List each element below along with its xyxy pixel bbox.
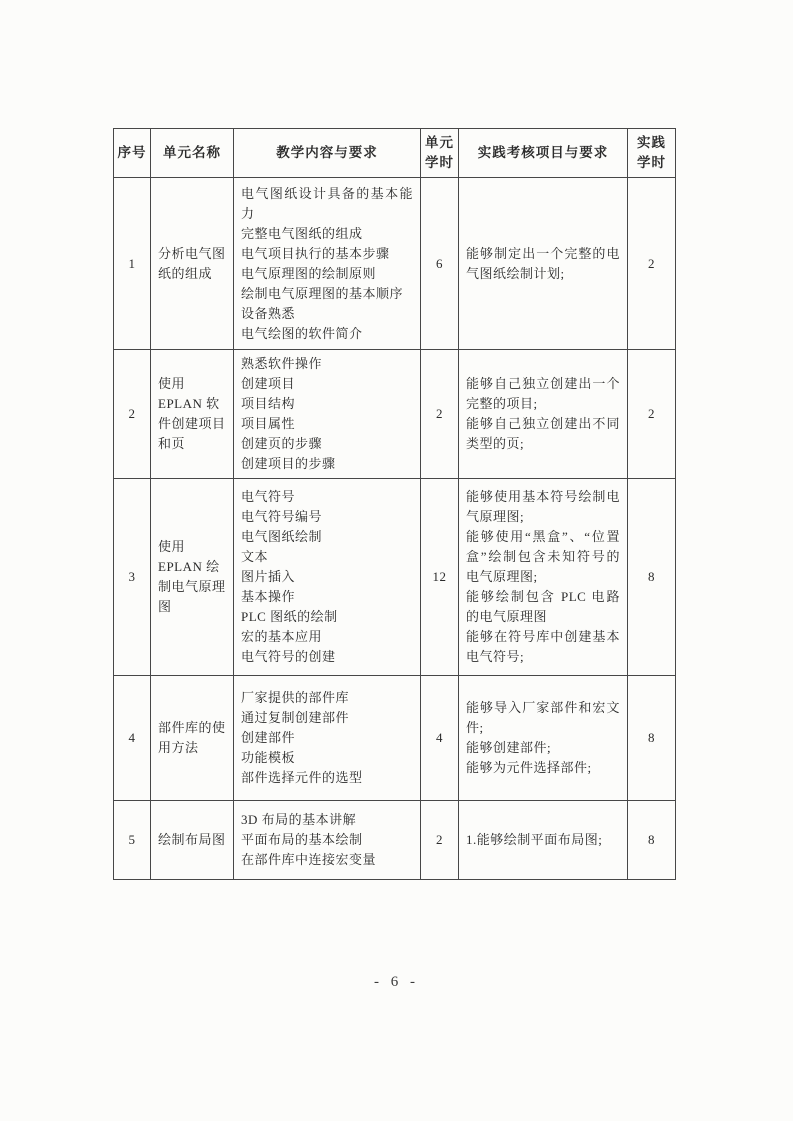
cell-serial-number: 4 bbox=[114, 676, 151, 801]
table-row-5: 5 绘制布局图 3D 布局的基本讲解 平面布局的基本绘制 在部件库中连接宏变量 … bbox=[114, 801, 676, 880]
header-unit-name: 单元名称 bbox=[151, 129, 234, 178]
table-header-row: 序号 单元名称 教学内容与要求 单元学时 实践考核项目与要求 实践学时 bbox=[114, 129, 676, 178]
cell-practice-hours: 8 bbox=[628, 479, 676, 676]
table-row-3: 3 使用 EPLAN 绘制电气原理图 电气符号 电气符号编号 电气图纸绘制 文本… bbox=[114, 479, 676, 676]
cell-unit-hours: 12 bbox=[421, 479, 459, 676]
cell-assessment: 能够自己独立创建出一个完整的项目; 能够自己独立创建出不同类型的页; bbox=[459, 350, 628, 479]
cell-unit-name: 部件库的使用方法 bbox=[151, 676, 234, 801]
cell-practice-hours: 8 bbox=[628, 676, 676, 801]
cell-unit-hours: 6 bbox=[421, 178, 459, 350]
cell-practice-hours: 2 bbox=[628, 350, 676, 479]
header-teaching-content: 教学内容与要求 bbox=[234, 129, 421, 178]
cell-unit-name: 绘制布局图 bbox=[151, 801, 234, 880]
cell-unit-name: 分析电气图纸的组成 bbox=[151, 178, 234, 350]
cell-teaching-content: 电气图纸设计具备的基本能力 完整电气图纸的组成 电气项目执行的基本步骤 电气原理… bbox=[234, 178, 421, 350]
cell-serial-number: 1 bbox=[114, 178, 151, 350]
header-serial-number: 序号 bbox=[114, 129, 151, 178]
cell-assessment: 能够导入厂家部件和宏文件; 能够创建部件; 能够为元件选择部件; bbox=[459, 676, 628, 801]
cell-unit-hours: 2 bbox=[421, 350, 459, 479]
cell-practice-hours: 8 bbox=[628, 801, 676, 880]
header-assessment: 实践考核项目与要求 bbox=[459, 129, 628, 178]
cell-serial-number: 3 bbox=[114, 479, 151, 676]
table-row-1: 1 分析电气图纸的组成 电气图纸设计具备的基本能力 完整电气图纸的组成 电气项目… bbox=[114, 178, 676, 350]
cell-teaching-content: 厂家提供的部件库 通过复制创建部件 创建部件 功能模板 部件选择元件的选型 bbox=[234, 676, 421, 801]
cell-unit-hours: 4 bbox=[421, 676, 459, 801]
cell-assessment: 1.能够绘制平面布局图; bbox=[459, 801, 628, 880]
cell-assessment: 能够使用基本符号绘制电气原理图; 能够使用“黑盒”、“位置盒”绘制包含未知符号的… bbox=[459, 479, 628, 676]
cell-teaching-content: 电气符号 电气符号编号 电气图纸绘制 文本 图片插入 基本操作 PLC 图纸的绘… bbox=[234, 479, 421, 676]
table-row-2: 2 使用 EPLAN 软件创建项目和页 熟悉软件操作 创建项目 项目结构 项目属… bbox=[114, 350, 676, 479]
course-units-table: 序号 单元名称 教学内容与要求 单元学时 实践考核项目与要求 实践学时 1 分析… bbox=[113, 128, 676, 880]
cell-serial-number: 5 bbox=[114, 801, 151, 880]
cell-serial-number: 2 bbox=[114, 350, 151, 479]
cell-assessment: 能够制定出一个完整的电气图纸绘制计划; bbox=[459, 178, 628, 350]
cell-unit-hours: 2 bbox=[421, 801, 459, 880]
cell-unit-name: 使用 EPLAN 绘制电气原理图 bbox=[151, 479, 234, 676]
cell-unit-name: 使用 EPLAN 软件创建项目和页 bbox=[151, 350, 234, 479]
cell-teaching-content: 3D 布局的基本讲解 平面布局的基本绘制 在部件库中连接宏变量 bbox=[234, 801, 421, 880]
table-row-4: 4 部件库的使用方法 厂家提供的部件库 通过复制创建部件 创建部件 功能模板 部… bbox=[114, 676, 676, 801]
header-unit-hours: 单元学时 bbox=[421, 129, 459, 178]
cell-teaching-content: 熟悉软件操作 创建项目 项目结构 项目属性 创建页的步骤 创建项目的步骤 bbox=[234, 350, 421, 479]
cell-practice-hours: 2 bbox=[628, 178, 676, 350]
document-page: 序号 单元名称 教学内容与要求 单元学时 实践考核项目与要求 实践学时 1 分析… bbox=[0, 0, 793, 1121]
header-practice-hours: 实践学时 bbox=[628, 129, 676, 178]
page-number: - 6 - bbox=[0, 974, 793, 991]
